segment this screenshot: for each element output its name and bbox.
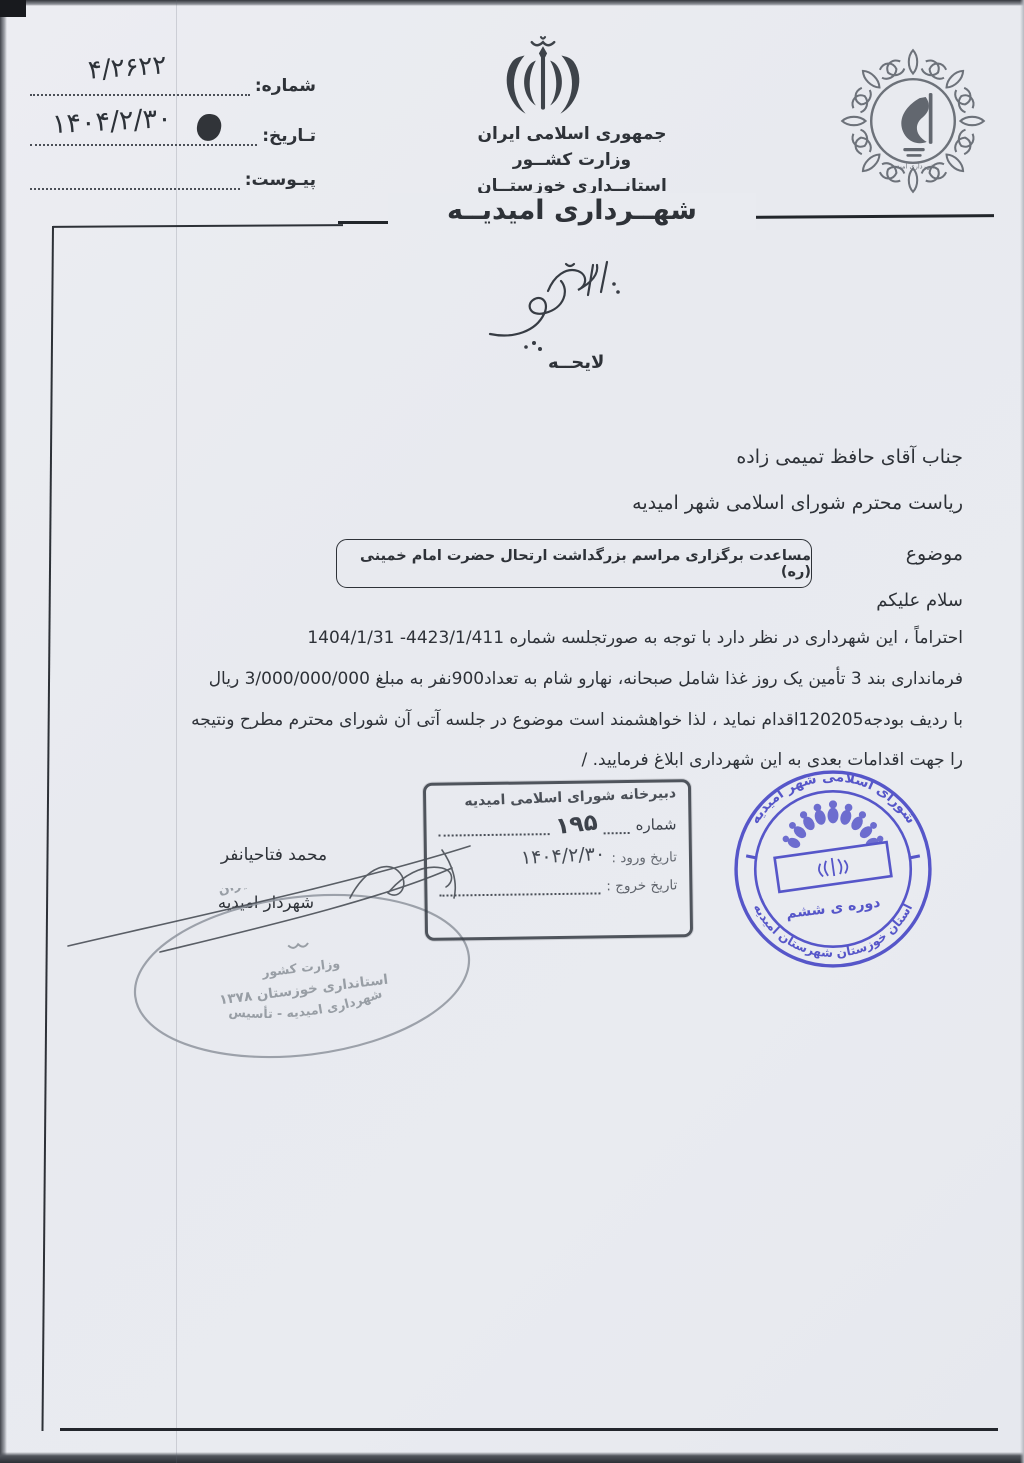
letterhead-ministry: وزارت کشــور [362, 147, 782, 173]
number-field-row: شماره: [30, 76, 316, 96]
recipient-name-line: جناب آقای حافظ تمیمی زاده [736, 446, 963, 468]
number-handwritten-value: ۴/۲۶۲۲ [87, 50, 167, 85]
subject-box: مساعدت برگزاری مراسم بزرگداشت ارتحال حضر… [336, 539, 812, 588]
omidiyeh-municipality-logo: شهرداری امیدیه [834, 42, 992, 200]
dotted-leader [604, 828, 630, 834]
oval-stamp-governorate: استانداری خوزستان ۱۳۷۸ [218, 972, 389, 1009]
scan-edge-top [0, 0, 1024, 6]
number-label: شماره: [255, 76, 316, 96]
exit-date-label: تاریخ خروج : [606, 877, 677, 894]
date-handwritten-value: ۱۴۰۴/۲/۳۰ [51, 103, 172, 140]
bismillah-calligraphy [468, 250, 653, 355]
municipality-title: شهــرداری امیدیــه [388, 193, 756, 230]
document-type-label: لایحــه [548, 352, 604, 373]
scanned-letter-page: شماره: ۴/۲۶۲۲ تـاریخ: ۱۴۰۴/۲/۳۰ پیـوست: … [0, 0, 1024, 1463]
ring-separator-right [910, 856, 920, 858]
council-stamp-term: دوره ی ششم [785, 895, 881, 922]
scan-edge-right [1020, 0, 1024, 1463]
body-line-1: احتراماً ، این شهرداری در نظر دارد با تو… [307, 628, 963, 648]
scan-edge-bottom [0, 1452, 1024, 1463]
copy-frame-bottom [60, 1428, 998, 1431]
title-dash-right [744, 214, 994, 218]
scan-corner-mark [0, 0, 26, 17]
attachment-field-row: پیـوست: [30, 170, 316, 190]
number-dotted-line [30, 90, 250, 96]
letterhead-country: جمهوری اسلامی ایران [362, 121, 782, 147]
handwritten-signature [50, 824, 490, 964]
secretariat-number-value: ۱۹۵ [554, 812, 598, 837]
entry-date-label: تاریخ ورود : [611, 849, 677, 866]
salutation: سلام علیکم [876, 590, 963, 611]
council-round-stamp: شورای اسلامی شهر امیدیه استان خوزستان شه… [731, 765, 935, 973]
secretariat-number-label: شماره [635, 815, 676, 834]
banner-with-emblem [775, 842, 892, 892]
entry-date-value: ۱۴۰۴/۲/۳۰ [521, 843, 606, 869]
logo-caption: شهرداری امیدیه [891, 162, 935, 170]
attachment-dotted-line [30, 184, 240, 190]
attachment-label: پیـوست: [245, 170, 316, 190]
date-dotted-line [30, 140, 257, 146]
secretariat-title: دبیرخانه شورای اسلامی امیدیه [438, 785, 676, 811]
scan-edge-left [0, 0, 7, 1463]
letterhead-block: جمهوری اسلامی ایران وزارت کشــور استانــ… [362, 121, 782, 199]
crowd-figures [781, 800, 885, 850]
recipient-title-line: ریاست محترم شورای اسلامی شهر امیدیه [632, 492, 963, 514]
ring-separator-left [746, 856, 756, 858]
copy-frame-top-left [53, 224, 343, 228]
body-line-3: با ردیف بودجه120205اقدام نماید ، لذا خوا… [191, 710, 963, 730]
paper-fold-line [176, 0, 177, 1463]
subject-label: موضوع [906, 543, 963, 565]
date-label: تـاریخ: [262, 126, 316, 146]
flame-icon [901, 93, 932, 157]
subject-text: مساعدت برگزاری مراسم بزرگداشت ارتحال حضر… [337, 548, 811, 580]
body-line-2: فرمانداری بند 3 تأمین یک روز غذا شامل صب… [209, 669, 963, 689]
iran-allah-emblem-icon [497, 36, 589, 124]
